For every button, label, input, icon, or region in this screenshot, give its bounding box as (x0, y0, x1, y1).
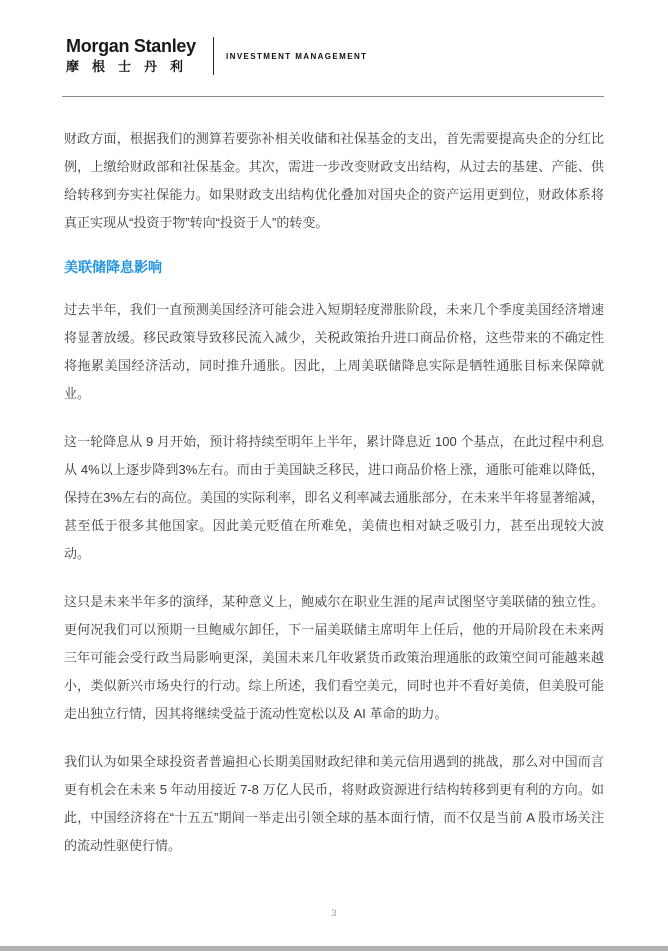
paragraph-us-economy-outlook: 过去半年，我们一直预测美国经济可能会进入短期轻度滞胀阶段，未来几个季度美国经济增… (64, 296, 604, 408)
paragraph-china-opportunity: 我们认为如果全球投资者普遍担心长期美国财政纪律和美元信用遇到的挑战，那么对中国而… (64, 748, 604, 860)
brand-lockup: Morgan Stanley 摩根士丹利 INVESTMENT MANAGEME… (0, 36, 668, 76)
paragraph-rate-cut-path: 这一轮降息从 9 月开始，预计将持续至明年上半年，累计降息近 100 个基点，在… (64, 428, 604, 568)
division-label: INVESTMENT MANAGEMENT (226, 52, 367, 61)
paragraph-fed-independence: 这只是未来半年多的演绎，某种意义上，鲍威尔在职业生涯的尾声试图坚守美联储的独立性… (64, 588, 604, 728)
logo-wordmark-english: Morgan Stanley (66, 36, 196, 56)
paragraph-fiscal-policy: 财政方面，根据我们的测算若要弥补相关收储和社保基金的支出，首先需要提高央企的分红… (64, 125, 604, 237)
page-header: Morgan Stanley 摩根士丹利 INVESTMENT MANAGEME… (0, 0, 668, 97)
document-page: Morgan Stanley 摩根士丹利 INVESTMENT MANAGEME… (0, 0, 668, 951)
brand-divider (213, 37, 214, 75)
logo-wordmark-chinese: 摩根士丹利 (66, 58, 196, 76)
section-heading-fed-rate-cut: 美联储降息影响 (64, 257, 604, 277)
morgan-stanley-logo: Morgan Stanley 摩根士丹利 (66, 36, 196, 76)
document-body: 财政方面，根据我们的测算若要弥补相关收储和社保基金的支出，首先需要提高央企的分红… (64, 97, 604, 860)
page-number: 3 (0, 908, 668, 918)
viewer-bottom-edge (0, 946, 668, 951)
